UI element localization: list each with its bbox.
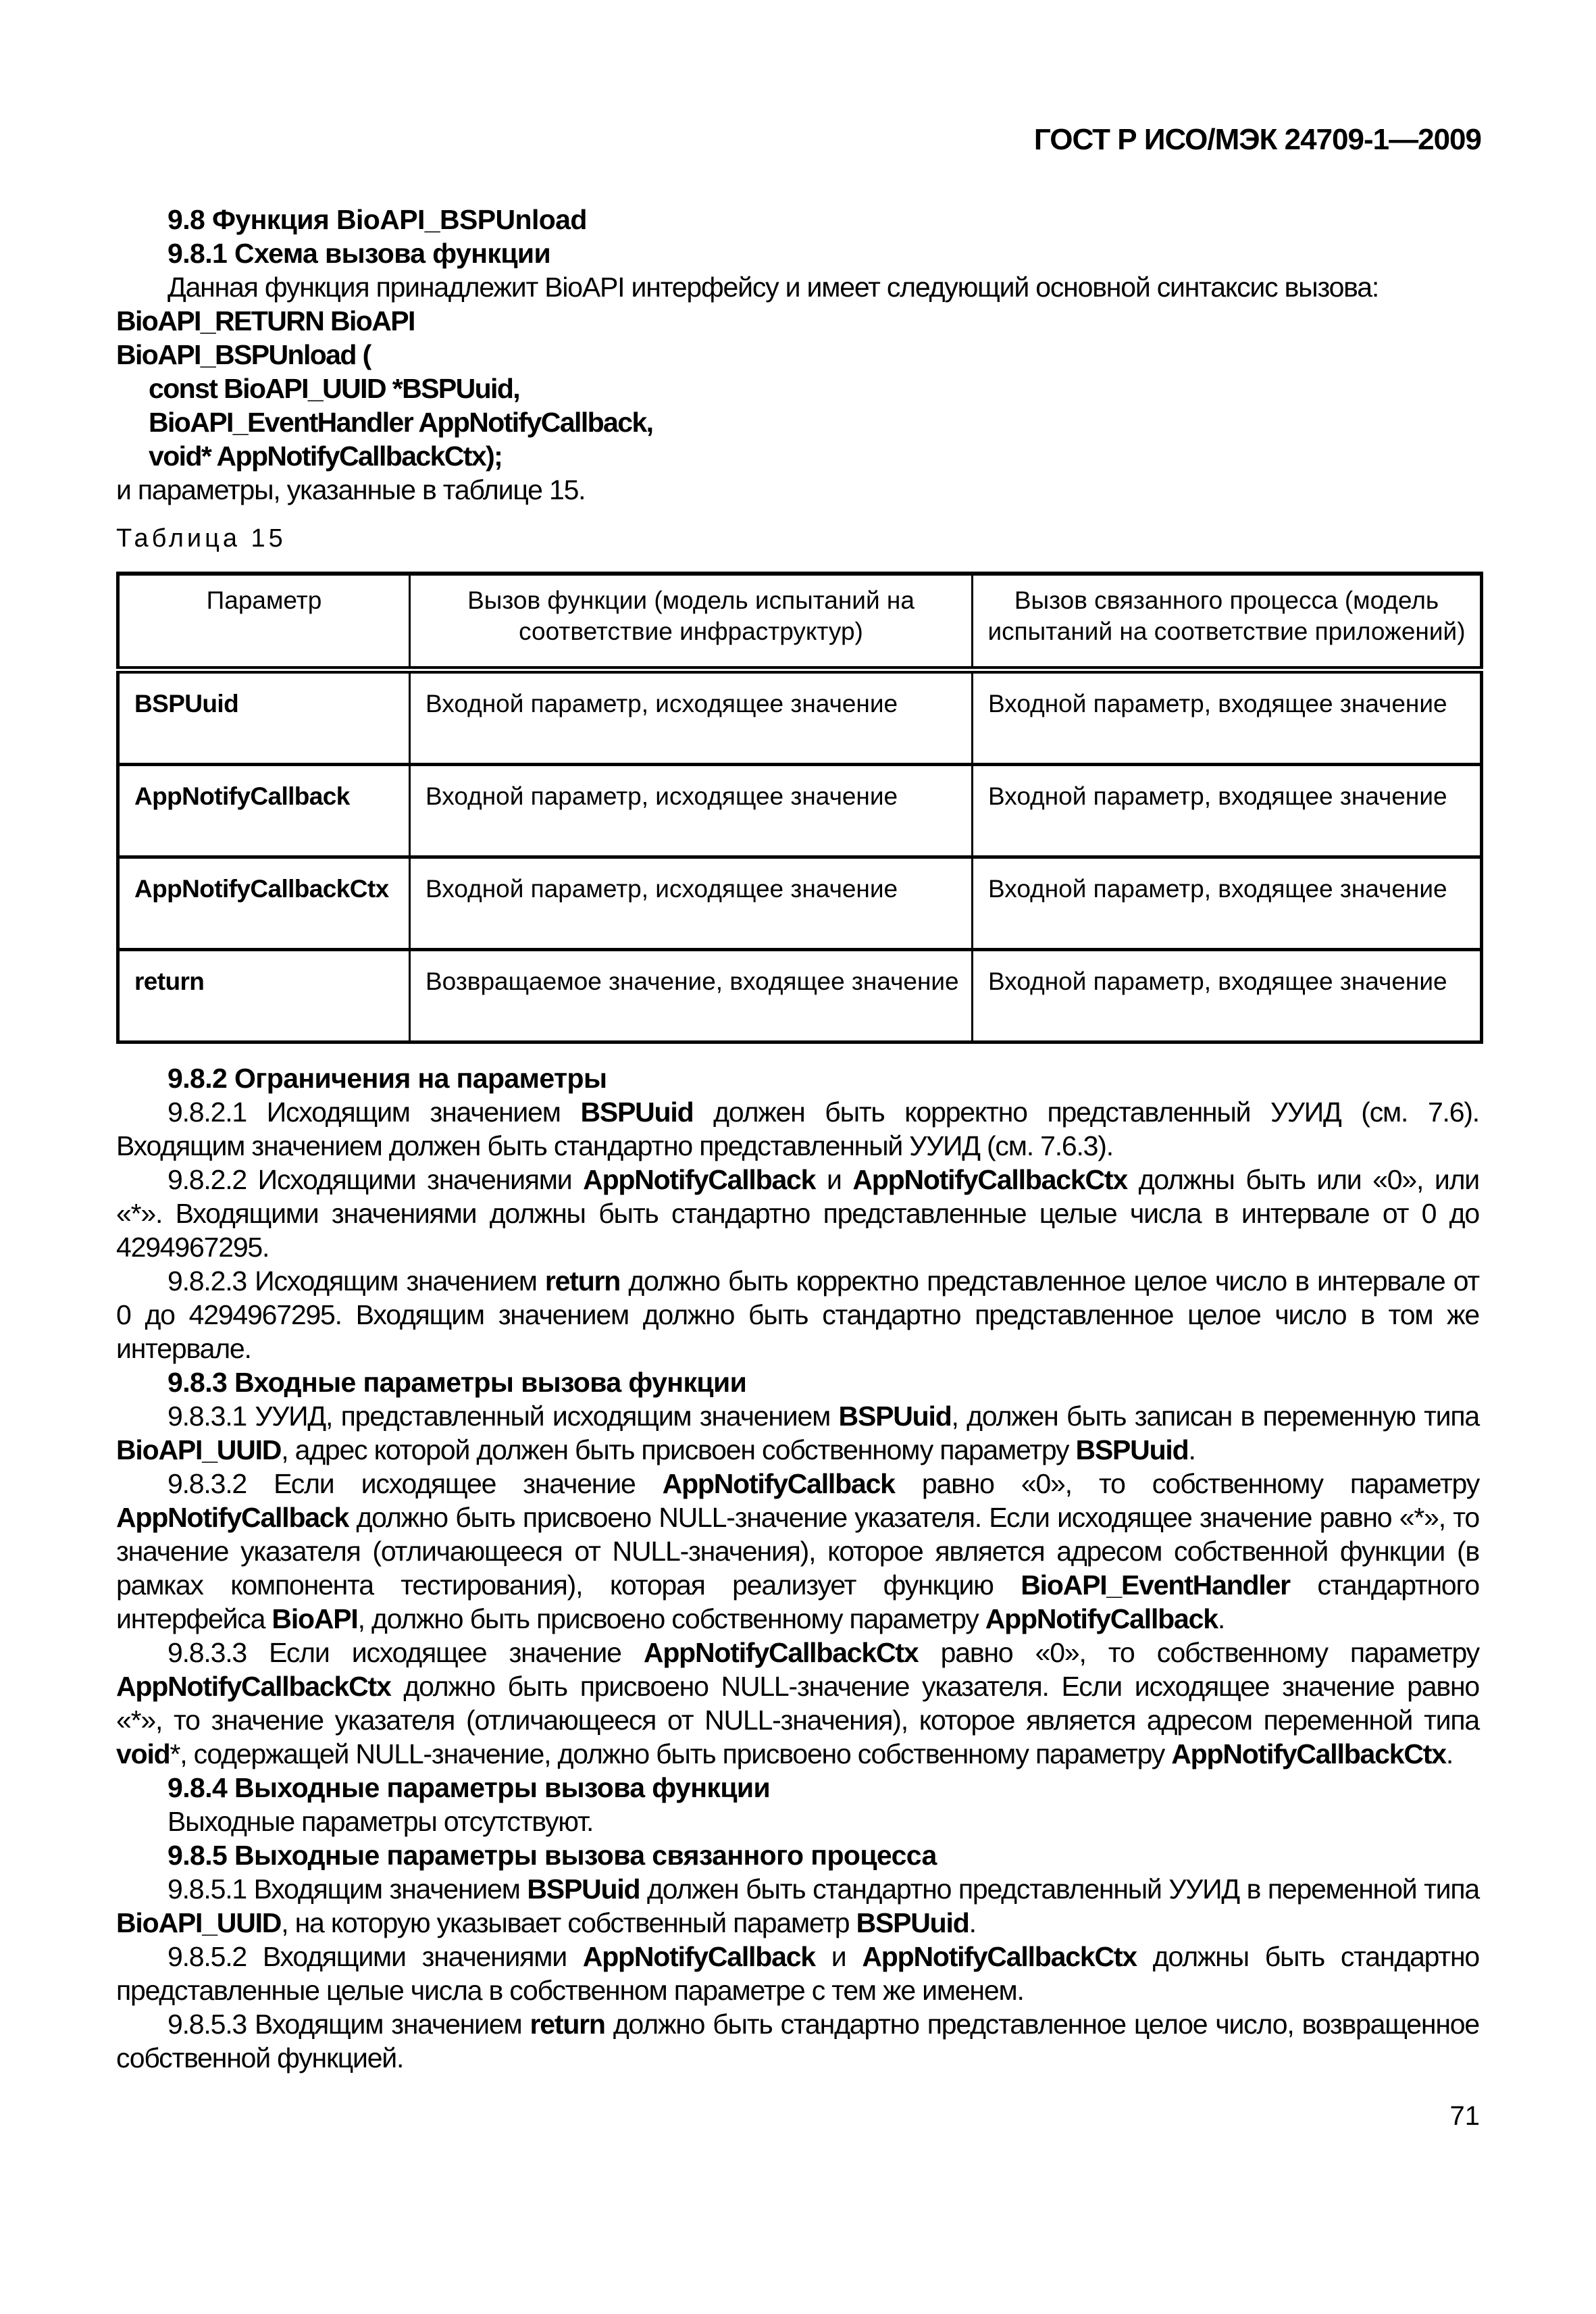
text-run: и — [815, 1941, 862, 1972]
text-run: 9.8.5.2 Входящими значениями — [168, 1941, 583, 1972]
paragraph-9-8-3-1: 9.8.3.1 УУИД, представленный исходящим з… — [116, 1399, 1479, 1467]
text-run: 9.8.2.3 Исходящим значением — [168, 1265, 545, 1297]
intro-paragraph: Данная функция принадлежит BioAPI интерф… — [116, 270, 1479, 304]
parameter-description-cell: Возвращаемое значение, входящее значение — [410, 950, 973, 1042]
parameter-name-cell: BSPUuid — [118, 670, 410, 765]
text-run: 9.8.2.2 Исходящими значениями — [168, 1164, 583, 1195]
bold-term: AppNotifyCallbackCtx — [1171, 1738, 1446, 1769]
code-line: BioAPI_BSPUnload ( — [116, 338, 1479, 372]
text-run: равно «0», то собственному параметру — [895, 1468, 1479, 1499]
bold-term: AppNotifyCallback — [583, 1164, 815, 1195]
section-title: 9.8 Функция BioAPI_BSPUnload — [116, 203, 1479, 236]
bold-term: BSPUuid — [1075, 1434, 1188, 1465]
bold-term: return — [530, 2009, 605, 2040]
text-run: 9.8.2.1 Исходящим значением — [168, 1097, 580, 1128]
bold-term: BSPUuid — [527, 1873, 640, 1905]
text-run: 9.8.5.3 Входящим значением — [168, 2009, 530, 2040]
text-run: , на которую указывает собственный парам… — [281, 1907, 856, 1938]
code-line: BioAPI_EventHandler AppNotifyCallback, — [116, 405, 1479, 439]
text-run: , должно быть присвоено собственному пар… — [358, 1603, 985, 1634]
outro-paragraph: и параметры, указанные в таблице 15. — [116, 473, 1479, 507]
table-row: AppNotifyCallbackCtxВходной параметр, ис… — [118, 857, 1482, 950]
table-header-row: Параметр Вызов функции (модель испытаний… — [118, 574, 1482, 670]
column-header: Вызов связанного процесса (модель испыта… — [973, 574, 1482, 670]
text-run: . — [1446, 1738, 1453, 1769]
table-caption: Таблица 15 — [116, 522, 1479, 555]
bold-term: AppNotifyCallback — [985, 1603, 1218, 1634]
code-line: const BioAPI_UUID *BSPUuid, — [116, 372, 1479, 405]
bold-term: AppNotifyCallbackCtx — [116, 1671, 391, 1702]
text-run: должен быть стандартно представленный УУ… — [640, 1873, 1479, 1905]
code-line: BioAPI_RETURN BioAPI — [116, 304, 1479, 338]
text-run: 9.8.5.1 Входящим значением — [168, 1873, 527, 1905]
subsection-title-9-8-3: 9.8.3 Входные параметры вызова функции — [116, 1365, 1479, 1399]
paragraph-9-8-5-3: 9.8.5.3 Входящим значением return должно… — [116, 2007, 1479, 2075]
parameter-name-cell: AppNotifyCallbackCtx — [118, 857, 410, 950]
text-run: , адрес которой должен быть присвоен соб… — [281, 1434, 1075, 1465]
parameter-description-cell: Входной параметр, входящее значение — [973, 670, 1482, 765]
bold-term: AppNotifyCallbackCtx — [644, 1637, 919, 1668]
page-number: 71 — [1450, 2101, 1481, 2132]
paragraph-9-8-4: Выходные параметры отсутствуют. — [116, 1805, 1479, 1838]
bold-term: AppNotifyCallback — [583, 1941, 815, 1972]
table-row: returnВозвращаемое значение, входящее зн… — [118, 950, 1482, 1042]
parameter-description-cell: Входной параметр, входящее значение — [973, 950, 1482, 1042]
bold-term: BSPUuid — [580, 1097, 693, 1128]
bold-term: void — [116, 1738, 170, 1769]
subsection-title-9-8-5: 9.8.5 Выходные параметры вызова связанно… — [116, 1838, 1479, 1872]
bold-term: BioAPI_UUID — [116, 1434, 281, 1465]
subsection-title-9-8-1: 9.8.1 Схема вызова функции — [116, 236, 1479, 270]
paragraph-9-8-5-2: 9.8.5.2 Входящими значениями AppNotifyCa… — [116, 1940, 1479, 2007]
parameter-description-cell: Входной параметр, исходящее значение — [410, 765, 973, 857]
parameters-table: Параметр Вызов функции (модель испытаний… — [116, 572, 1483, 1044]
parameter-name-cell: return — [118, 950, 410, 1042]
text-run: 9.8.3.1 УУИД, представленный исходящим з… — [168, 1401, 839, 1432]
code-line: void* AppNotifyCallbackCtx); — [116, 439, 1479, 473]
bold-term: BioAPI_UUID — [116, 1907, 281, 1938]
bold-term: BioAPI — [272, 1603, 357, 1634]
paragraph-9-8-3-2: 9.8.3.2 Если исходящее значение AppNotif… — [116, 1467, 1479, 1636]
text-run: . — [1188, 1434, 1195, 1465]
subsection-title-9-8-2: 9.8.2 Ограничения на параметры — [116, 1061, 1479, 1095]
paragraph-9-8-2-3: 9.8.2.3 Исходящим значением return должн… — [116, 1264, 1479, 1365]
parameter-description-cell: Входной параметр, входящее значение — [973, 857, 1482, 950]
bold-term: BSPUuid — [839, 1401, 952, 1432]
bold-term: BioAPI_EventHandler — [1021, 1569, 1290, 1601]
bold-term: AppNotifyCallback — [116, 1502, 349, 1533]
paragraph-9-8-5-1: 9.8.5.1 Входящим значением BSPUuid долже… — [116, 1872, 1479, 1940]
text-run: и — [815, 1164, 852, 1195]
table-row: BSPUuidВходной параметр, исходящее значе… — [118, 670, 1482, 765]
page-body: 9.8 Функция BioAPI_BSPUnload 9.8.1 Схема… — [116, 203, 1479, 2075]
text-run: . — [1218, 1603, 1225, 1634]
text-run: , должен быть записан в переменную типа — [952, 1401, 1479, 1432]
paragraph-9-8-2-2: 9.8.2.2 Исходящими значениями AppNotifyC… — [116, 1163, 1479, 1264]
parameter-name-cell: AppNotifyCallback — [118, 765, 410, 857]
text-run: *, содержащей NULL-значение, должно быть… — [170, 1738, 1171, 1769]
document-header: ГОСТ Р ИСО/МЭК 24709-1—2009 — [1034, 123, 1481, 157]
text-run: 9.8.3.3 Если исходящее значение — [168, 1637, 644, 1668]
bold-term: AppNotifyCallbackCtx — [862, 1941, 1137, 1972]
paragraph-9-8-3-3: 9.8.3.3 Если исходящее значение AppNotif… — [116, 1636, 1479, 1771]
text-run: 9.8.3.2 Если исходящее значение — [168, 1468, 663, 1499]
text-run: равно «0», то собственному параметру — [918, 1637, 1479, 1668]
parameter-description-cell: Входной параметр, входящее значение — [973, 765, 1482, 857]
parameter-description-cell: Входной параметр, исходящее значение — [410, 670, 973, 765]
parameter-description-cell: Входной параметр, исходящее значение — [410, 857, 973, 950]
bold-term: return — [545, 1265, 620, 1297]
subsection-title-9-8-4: 9.8.4 Выходные параметры вызова функции — [116, 1771, 1479, 1805]
column-header: Параметр — [118, 574, 410, 670]
bold-term: BSPUuid — [856, 1907, 969, 1938]
bold-term: AppNotifyCallback — [663, 1468, 895, 1499]
paragraph-9-8-2-1: 9.8.2.1 Исходящим значением BSPUuid долж… — [116, 1095, 1479, 1163]
table-row: AppNotifyCallbackВходной параметр, исход… — [118, 765, 1482, 857]
column-header: Вызов функции (модель испытаний на соотв… — [410, 574, 973, 670]
text-run: . — [969, 1907, 976, 1938]
bold-term: AppNotifyCallbackCtx — [852, 1164, 1127, 1195]
